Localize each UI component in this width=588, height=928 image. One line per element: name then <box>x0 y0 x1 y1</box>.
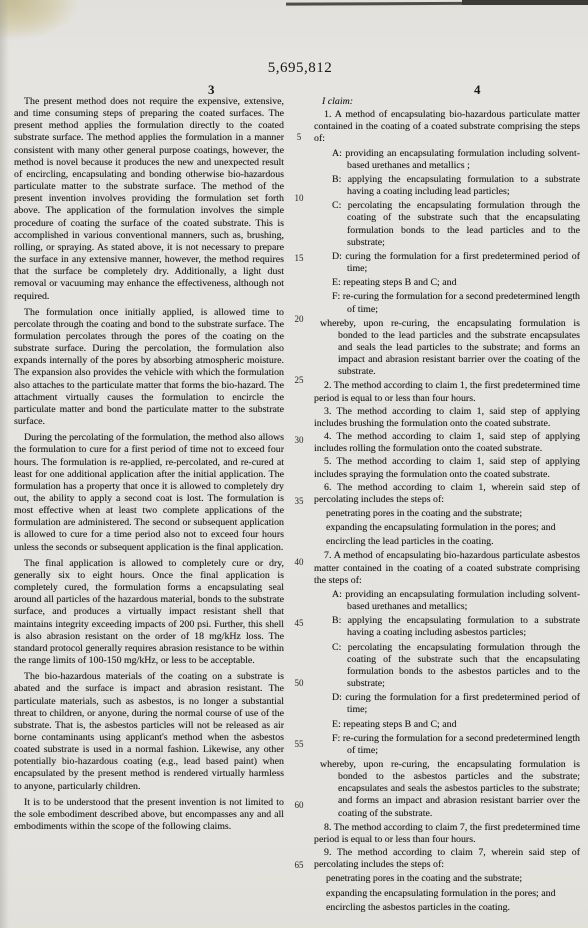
line-number: 45 <box>288 618 310 628</box>
body-paragraph: The formulation once initially applied, … <box>14 307 284 429</box>
claims-intro: I claim: <box>314 96 580 108</box>
claim-whereby-clause: whereby, upon re-curing, the encapsulati… <box>314 318 580 379</box>
scan-artifact-corner-blob <box>0 0 78 40</box>
scan-artifact-left-edge-shade <box>0 0 9 928</box>
claim-paragraph: 2. The method according to claim 1, the … <box>314 380 580 404</box>
body-paragraph: The final application is allowed to comp… <box>14 558 284 667</box>
line-number: 15 <box>288 253 310 263</box>
claim-step: D: curing the formulation for a first pr… <box>314 251 580 275</box>
claim-step: D: curing the formulation for a first pr… <box>314 692 580 716</box>
claim-step: C: percolating the encapsulating formula… <box>314 642 580 691</box>
line-number: 40 <box>288 557 310 567</box>
claim-step: F: re-curing the formulation for a secon… <box>314 291 580 315</box>
scan-artifact-top-right-edge <box>462 0 588 5</box>
claim-step: E: repeating steps B and C; and <box>314 277 580 289</box>
line-number: 5 <box>288 132 310 142</box>
line-number: 55 <box>288 739 310 749</box>
line-number: 60 <box>288 800 310 810</box>
claim-step: B: applying the encapsulating formulatio… <box>314 615 580 639</box>
claim-step: E: repeating steps B and C; and <box>314 719 580 731</box>
claim-step: B: applying the encapsulating formulatio… <box>314 174 580 198</box>
line-number: 30 <box>288 435 310 445</box>
claim-substep: encircling the lead particles in the coa… <box>314 536 580 548</box>
claim-paragraph: 8. The method according to claim 7, the … <box>314 822 580 846</box>
claim-paragraph: 4. The method according to claim 1, said… <box>314 431 580 455</box>
line-number: 10 <box>288 193 310 203</box>
line-number: 20 <box>288 314 310 324</box>
patent-number: 5,695,812 <box>0 60 588 77</box>
claim-step: C: percolating the encapsulating formula… <box>314 200 580 249</box>
claim-substep: expanding the encapsulating formulation … <box>314 522 580 534</box>
body-paragraph: It is to be understood that the present … <box>14 797 284 833</box>
column-3-body: The present method does not require the … <box>14 96 284 833</box>
claim-step: A: providing an encapsulating formulatio… <box>314 589 580 613</box>
claim-substep: penetrating pores in the coating and the… <box>314 508 580 520</box>
claim-paragraph: 3. The method according to claim 1, said… <box>314 406 580 430</box>
claim-paragraph: 7. A method of encapsulating bio-hazardo… <box>314 550 580 586</box>
body-paragraph: During the percolating of the formulatio… <box>14 432 284 554</box>
claim-paragraph: 1. A method of encapsulating bio-hazardo… <box>314 109 580 145</box>
claim-substep: expanding the encapsulating formulation … <box>314 888 580 900</box>
line-number: 35 <box>288 496 310 506</box>
patent-page: 5,695,812 3 4 5 10 15 20 25 30 35 40 45 … <box>0 0 588 928</box>
body-paragraph: The present method does not require the … <box>14 96 284 303</box>
body-paragraph: The bio-hazardous materials of the coati… <box>14 671 284 793</box>
claim-paragraph: 5. The method according to claim 1, said… <box>314 456 580 480</box>
claim-substep: penetrating pores in the coating and the… <box>314 873 580 885</box>
claim-paragraph: 9. The method according to claim 7, wher… <box>314 847 580 871</box>
claim-whereby-clause: whereby, upon re-curing, the encapsulati… <box>314 759 580 820</box>
claim-paragraph: 6. The method according to claim 1, wher… <box>314 482 580 506</box>
column-4-claims: I claim: 1. A method of encapsulating bi… <box>314 96 580 916</box>
claim-substep: encircling the asbestos particles in the… <box>314 902 580 914</box>
line-number: 25 <box>288 375 310 385</box>
line-number: 65 <box>288 860 310 870</box>
claim-step: A: providing an encapsulating formulatio… <box>314 148 580 172</box>
claim-step: F: re-curing the formulation for a secon… <box>314 733 580 757</box>
line-number: 50 <box>288 678 310 688</box>
